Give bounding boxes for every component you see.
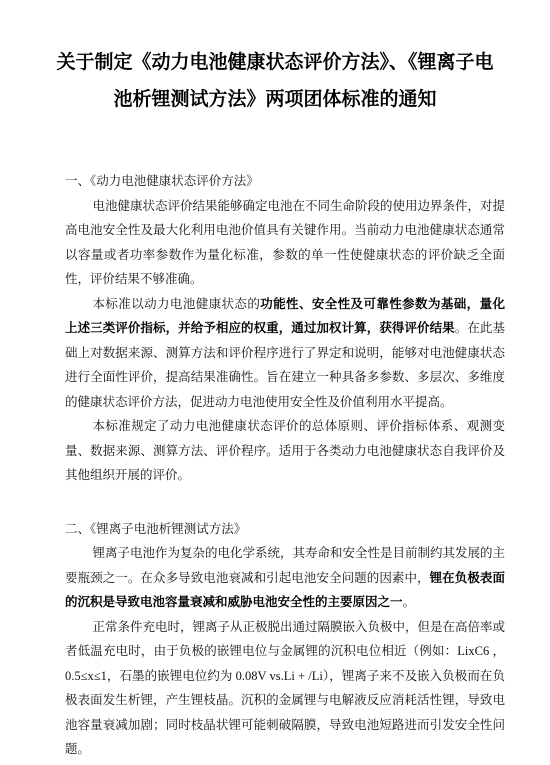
body-text: 。 [403, 595, 416, 609]
document-content: 一、《动力电池健康状态评价方法》电池健康状态评价结果能够确定电池在不同生命阶段的… [65, 169, 505, 762]
body-text: 电池健康状态评价结果能够确定电池在不同生命阶段的使用边界条件，对提高电池安全性及… [65, 199, 505, 287]
body-text: 本标准以动力电池健康状态的 [93, 297, 261, 311]
title-line-2: 池析锂测试方法》两项团体标准的通知 [113, 89, 436, 110]
section-heading: 二、《锂离子电池析锂测试方法》 [65, 517, 505, 542]
paragraph: 本标准以动力电池健康状态的功能性、安全性及可靠性参数为基础，量化上述三类评价指标… [65, 292, 505, 415]
section-heading: 一、《动力电池健康状态评价方法》 [65, 169, 505, 194]
section-1: 一、《动力电池健康状态评价方法》电池健康状态评价结果能够确定电池在不同生命阶段的… [65, 169, 505, 488]
paragraph: 本标准规定了动力电池健康状态评价的总体原则、评价指标体系、观测变量、数据来源、测… [65, 414, 505, 488]
section-2: 二、《锂离子电池析锂测试方法》锂离子电池作为复杂的电化学系统，其寿命和安全性是目… [65, 517, 505, 762]
paragraph: 锂离子电池作为复杂的电化学系统，其寿命和安全性是目前制约其发展的主要瓶颈之一。在… [65, 541, 505, 615]
body-text: 正常条件充电时，锂离子从正极脱出通过隔膜嵌入负极中，但是在高倍率或者低温充电时，… [65, 620, 505, 757]
title-line-1: 关于制定《动力电池健康状态评价方法》、《锂离子电 [56, 52, 493, 73]
paragraph: 电池健康状态评价结果能够确定电池在不同生命阶段的使用边界条件，对提高电池安全性及… [65, 194, 505, 292]
paragraph: 正常条件充电时，锂离子从正极脱出通过隔膜嵌入负极中，但是在高倍率或者低温充电时，… [65, 615, 505, 762]
document-title: 关于制定《动力电池健康状态评价方法》、《锂离子电 池析锂测试方法》两项团体标准的… [40, 44, 510, 118]
document-page: 关于制定《动力电池健康状态评价方法》、《锂离子电 池析锂测试方法》两项团体标准的… [0, 0, 550, 765]
body-text: 本标准规定了动力电池健康状态评价的总体原则、评价指标体系、观测变量、数据来源、测… [65, 419, 505, 482]
